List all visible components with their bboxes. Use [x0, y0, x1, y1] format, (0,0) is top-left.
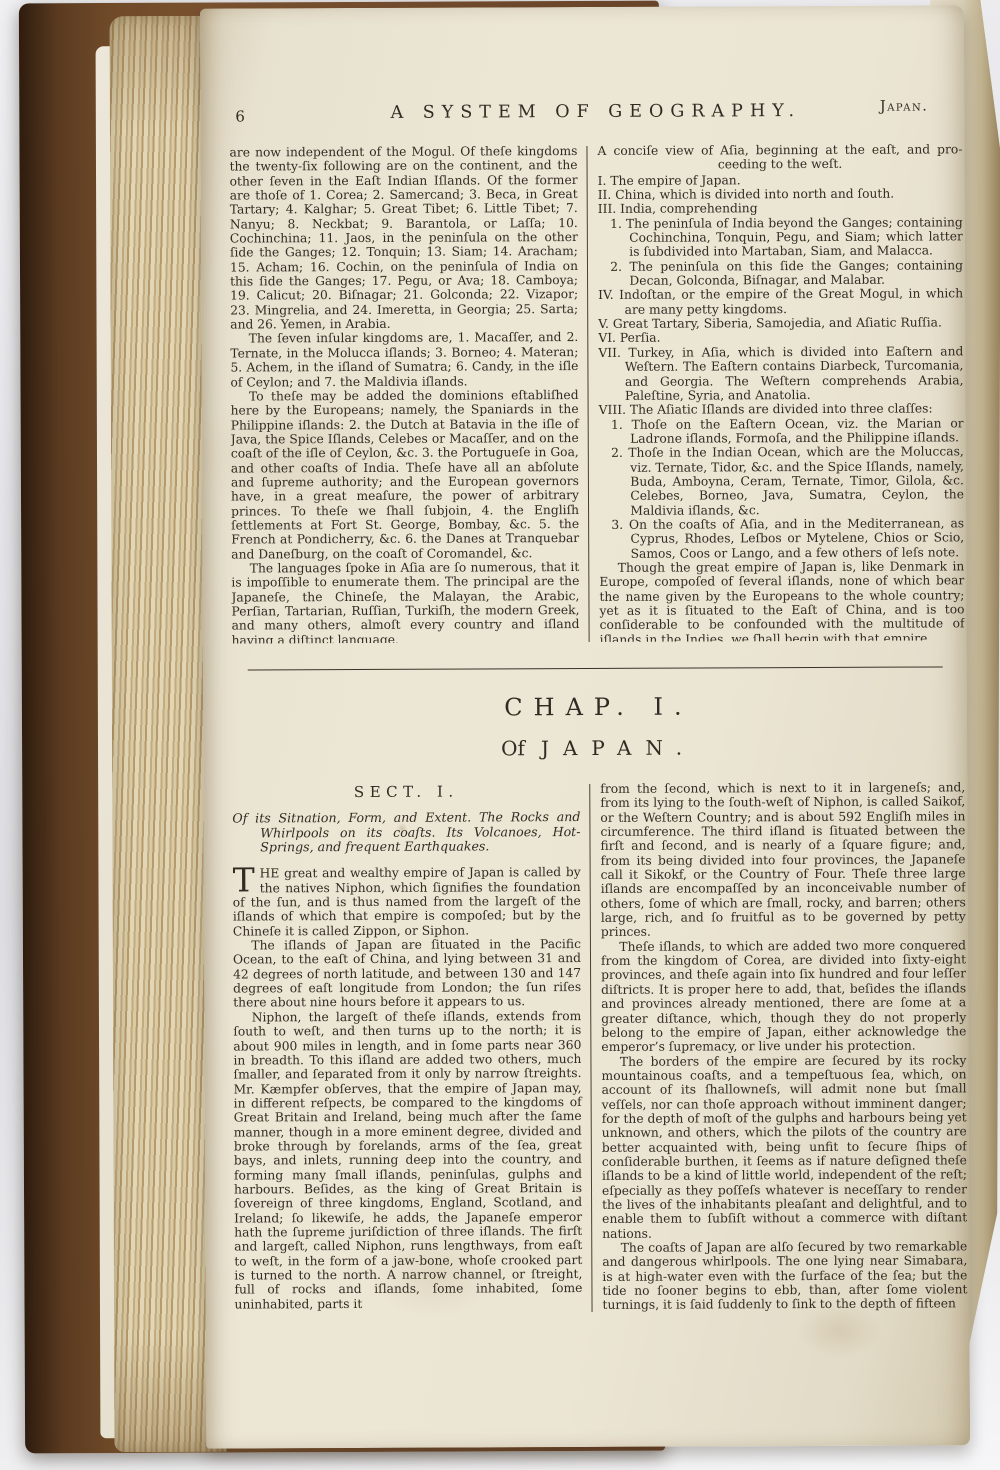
list-item: VI. Perſia. [598, 330, 963, 346]
list-item: IV. Indoſtan, or the empire of the Great… [598, 287, 963, 317]
item-text: The Aſiatic Iſlands are divided into thr… [630, 402, 933, 417]
item-text: On the coaſts of Aſia, and in the Medite… [629, 516, 964, 560]
chapter-subtitle: JAPAN. [541, 736, 696, 761]
item-label: 1. [611, 417, 623, 431]
item-label: 3. [611, 518, 623, 532]
item-label: VI. [598, 331, 616, 345]
item-label: V. [598, 317, 609, 331]
list-subitem: 1. The peninſula of India beyond the Gan… [610, 215, 963, 260]
section-divider [248, 666, 943, 670]
item-text: Thoſe in the Indian Ocean, which are the… [628, 445, 964, 518]
item-text: The peninſula on this ſide the Ganges; c… [629, 258, 963, 288]
page-number: 6 [235, 107, 245, 125]
item-text: China, which is divided into north and ſ… [615, 187, 894, 202]
item-text: Turkey, in Aſia, which is divided into E… [625, 344, 964, 403]
paragraph: The borders of the empire are ſecured by… [601, 1053, 967, 1241]
page-content: 6 A SYSTEM OF GEOGRAPHY. Japan. are now … [200, 5, 970, 1448]
dropcap: T [233, 867, 260, 894]
list-subitem: 2. The peninſula on this ſide the Ganges… [610, 258, 963, 288]
column-rule [589, 784, 592, 1312]
paragraph: To theſe may be added the dominions eſta… [231, 388, 580, 562]
item-label: III. [598, 202, 617, 216]
paragraph: from the ſecond, which is next to it in … [600, 780, 966, 939]
item-text: The peninſula of India beyond the Ganges… [626, 215, 963, 259]
upper-left-column: are now independent of the Mogul. Of the… [229, 144, 579, 644]
chapter-subtitle-prefix: Of [501, 736, 525, 760]
page-header: 6 A SYSTEM OF GEOGRAPHY. Japan. [229, 100, 962, 127]
item-text: Great Tartary, Siberia, Samojedia, and A… [613, 316, 942, 331]
paragraph: are now independent of the Mogul. Of the… [229, 144, 578, 332]
item-label: 1. [610, 217, 622, 231]
item-text: Thoſe on the Eaſtern Ocean, viz. the Mar… [630, 416, 964, 446]
paragraph-text: HE great and wealthy empire of Japan is … [233, 865, 581, 938]
list-item: VII. Turkey, in Aſia, which is divided i… [598, 344, 963, 403]
list-subitem: 3. On the coaſts of Aſia, and in the Med… [611, 516, 964, 561]
item-label: 2. [611, 446, 623, 460]
column-rule [586, 146, 589, 642]
asia-overview-intro: ceeding to the weſt. [598, 157, 963, 173]
item-text: The empire of Japan. [610, 173, 740, 188]
lower-right-column: from the ſecond, which is next to it in … [600, 780, 967, 1312]
lower-left-column: SECT. I. Of its Sitnation, Form, and Ext… [232, 782, 582, 1314]
item-text: India, comprehending [620, 202, 757, 217]
paragraph: The coaſts of Japan are alſo ſecured by … [602, 1239, 967, 1312]
chapter-heading: CHAP. I. [232, 691, 965, 722]
item-label: II. [598, 188, 612, 202]
upper-section: are now independent of the Mogul. Of the… [229, 142, 964, 643]
section-summary: Of its Sitnation, Form, and Extent. The … [232, 810, 580, 855]
list-item: III. India, comprehending [598, 201, 963, 217]
list-item: I. The empire of Japan. [598, 172, 963, 188]
paragraph: Theſe iſlands, to which are added two mo… [601, 938, 966, 1054]
list-item: V. Great Tartary, Siberia, Samojedia, an… [598, 315, 963, 331]
paragraph: The iſlands of Japan are ſituated in the… [233, 937, 581, 1010]
photo-backdrop: 6 A SYSTEM OF GEOGRAPHY. Japan. are now … [0, 0, 1000, 1470]
item-label: VIII. [599, 403, 626, 417]
list-item: VIII. The Aſiatic Iſlands are divided in… [599, 402, 964, 418]
item-text: Perſia. [620, 331, 661, 345]
paragraph: Though the great empire of Japan is, lik… [599, 559, 964, 643]
section-heading: SECT. I. [232, 784, 580, 800]
book-page: 6 A SYSTEM OF GEOGRAPHY. Japan. are now … [200, 5, 970, 1448]
paragraph: Niphon, the largeſt of theſe iſlands, ex… [233, 1009, 582, 1312]
item-label: 2. [610, 260, 622, 274]
running-title: A SYSTEM OF GEOGRAPHY. [391, 101, 802, 123]
item-label: VII. [598, 346, 621, 360]
item-label: IV. [598, 288, 614, 302]
list-subitem: 2. Thoſe in the Indian Ocean, which are … [611, 445, 964, 518]
paragraph: The languages ſpoke in Aſia are ſo numer… [231, 560, 579, 644]
corner-label: Japan. [880, 98, 929, 114]
item-label: I. [598, 174, 607, 188]
asia-overview-intro: A conciſe view of Aſia, beginning at the… [597, 142, 962, 158]
chapter-subheading: OfJAPAN. [232, 734, 965, 761]
item-text: Indoſtan, or the empire of the Great Mog… [619, 287, 963, 317]
upper-right-column: A conciſe view of Aſia, beginning at the… [597, 142, 964, 642]
paragraph: THE great and wealthy empire of Japan is… [233, 865, 581, 938]
list-subitem: 1. Thoſe on the Eaſtern Ocean, viz. the … [611, 416, 964, 446]
lower-section: SECT. I. Of its Sitnation, Form, and Ext… [232, 780, 967, 1313]
list-item: II. China, which is divided into north a… [598, 186, 963, 202]
paragraph: The ſeven inſular kingdoms are, 1. Macaſ… [230, 330, 578, 389]
